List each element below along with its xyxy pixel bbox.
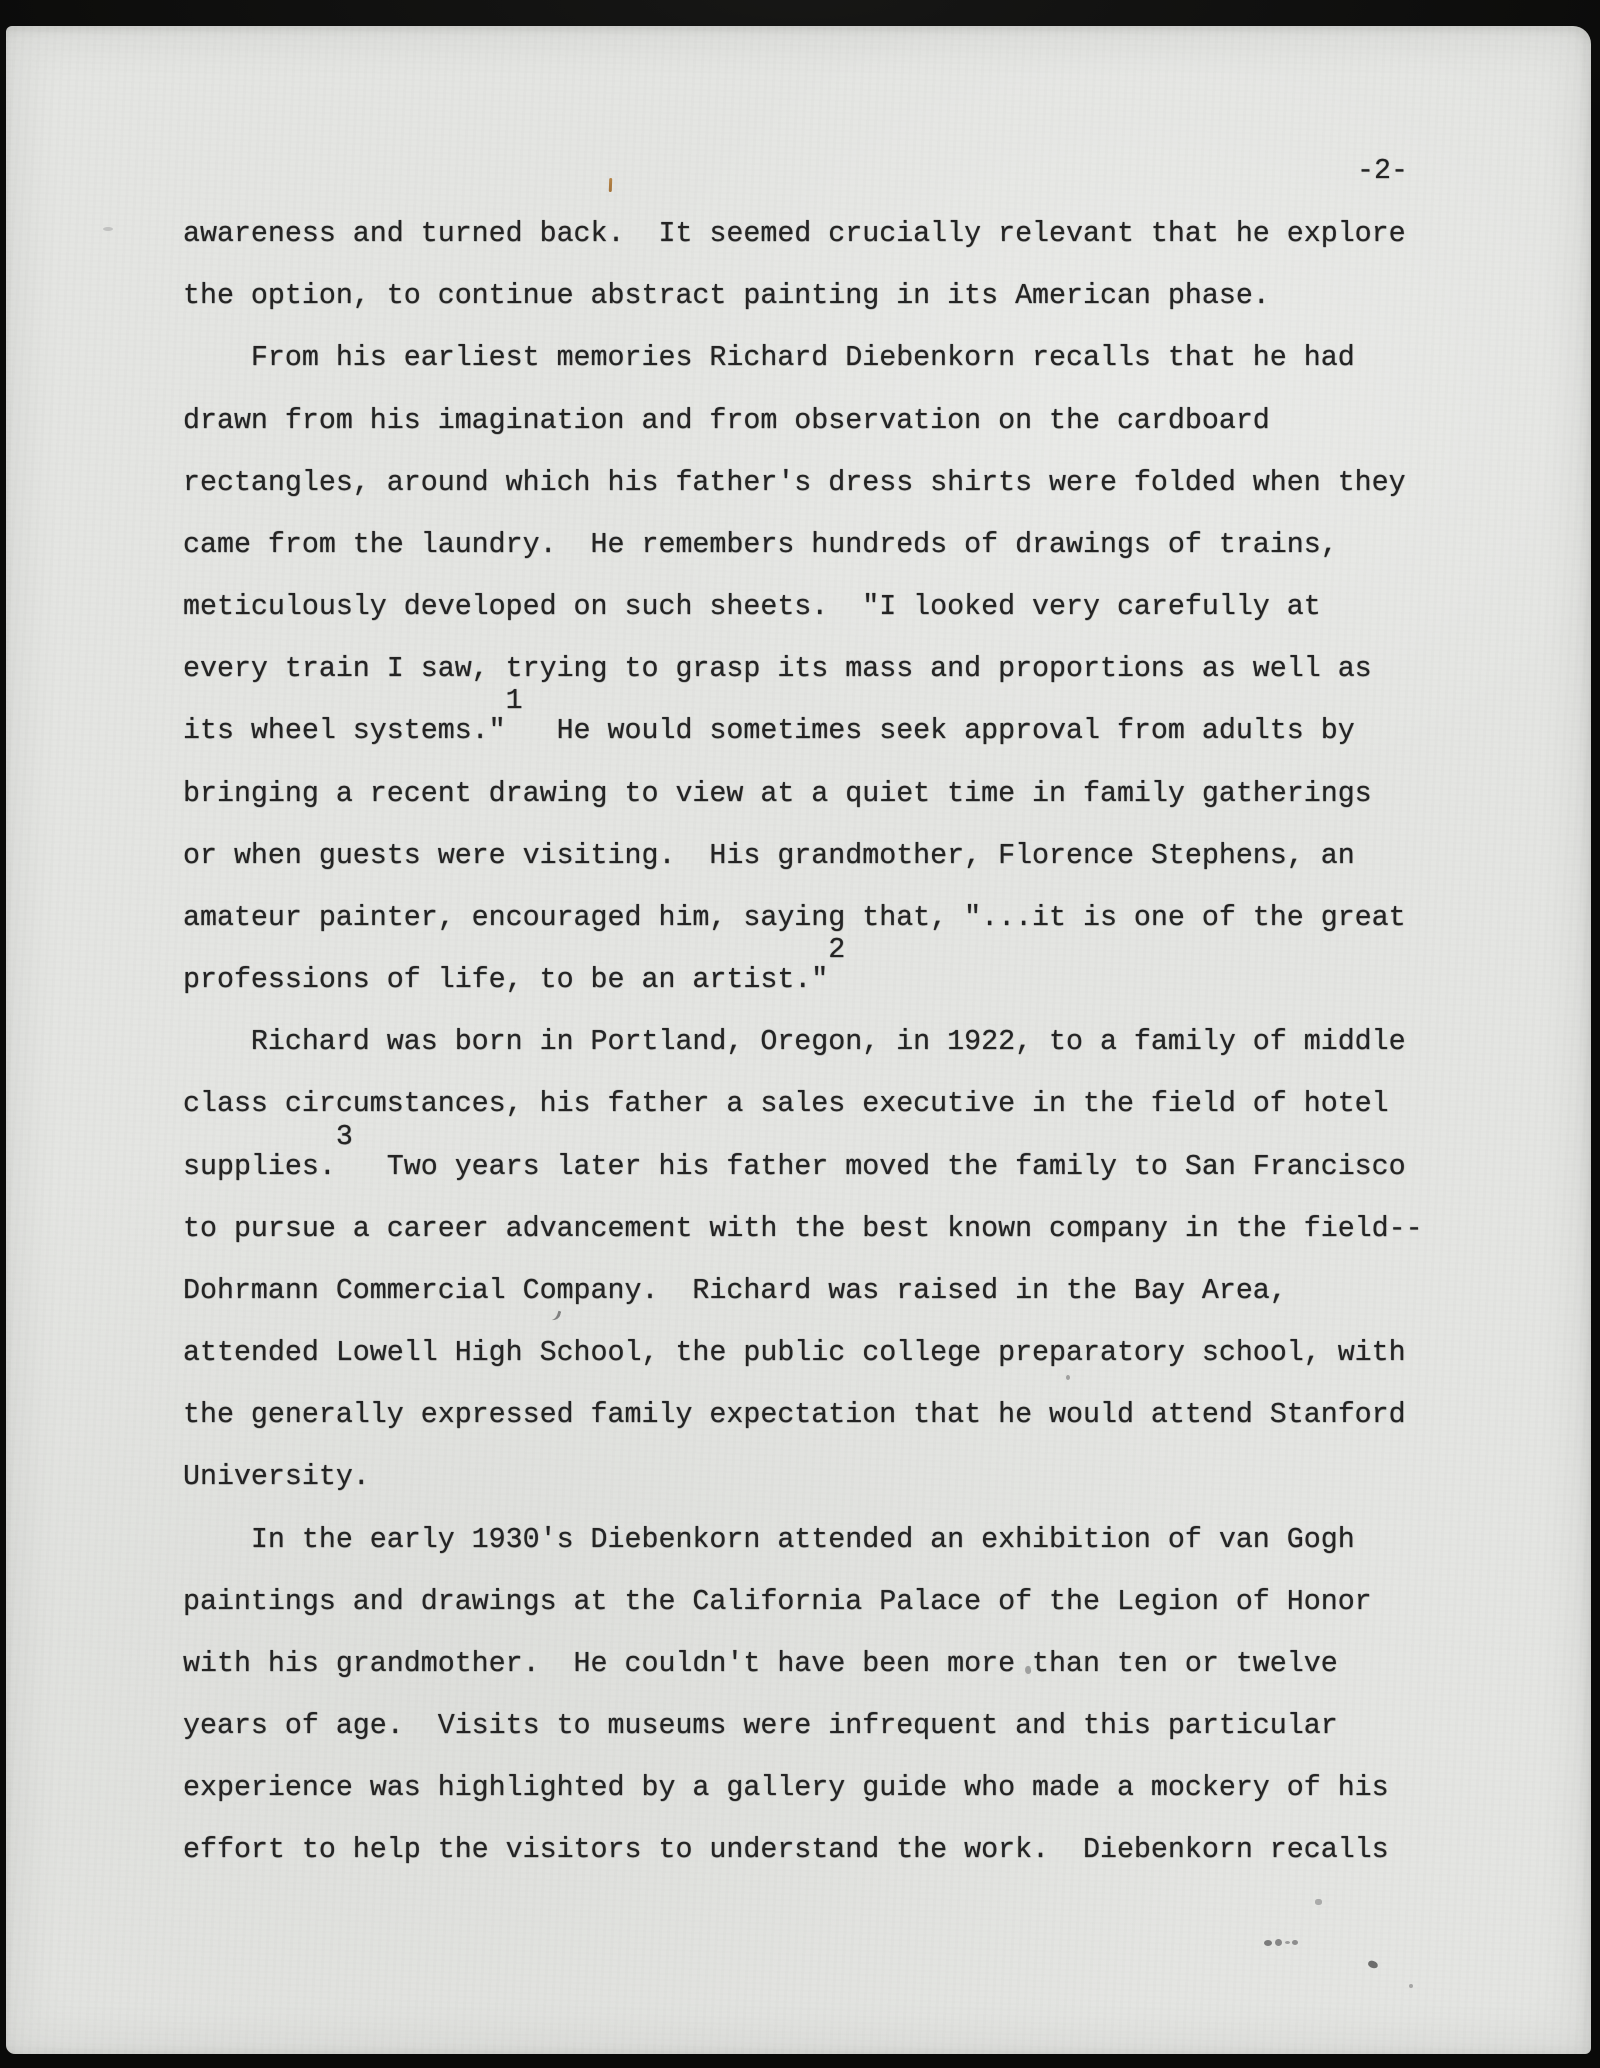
- text-line: its wheel systems." He would sometimes s…: [183, 714, 1355, 748]
- text-line: In the early 1930's Diebenkorn attended …: [183, 1523, 1355, 1557]
- scan-background: -2- awareness and turned back. It seemed…: [0, 0, 1600, 2068]
- text-line: to pursue a career advancement with the …: [183, 1212, 1423, 1246]
- text-line: came from the laundry. He remembers hund…: [183, 528, 1338, 562]
- text-line: University.: [183, 1460, 370, 1494]
- text-line: Dohrmann Commercial Company. Richard was…: [183, 1274, 1287, 1308]
- text-line: meticulously developed on such sheets. "…: [183, 590, 1321, 624]
- stray-dot-mark: [1066, 1375, 1070, 1380]
- stain-tick-mark: [609, 178, 612, 192]
- text-line: From his earliest memories Richard Diebe…: [183, 341, 1355, 375]
- text-line: with his grandmother. He couldn't have b…: [183, 1647, 1338, 1681]
- bottom-speck-cluster: [1264, 1938, 1298, 1948]
- text-line: awareness and turned back. It seemed cru…: [183, 217, 1406, 251]
- page-number: -2-: [1357, 154, 1408, 188]
- text-line: drawn from his imagination and from obse…: [183, 404, 1270, 438]
- bottom-speck: [1315, 1899, 1322, 1905]
- text-line: effort to help the visitors to understan…: [183, 1833, 1389, 1867]
- text-line: every train I saw, trying to grasp its m…: [183, 652, 1372, 686]
- text-line: rectangles, around which his father's dr…: [183, 466, 1406, 500]
- text-line: paintings and drawings at the California…: [183, 1585, 1372, 1619]
- paper-speck: [103, 227, 113, 231]
- text-line: attended Lowell High School, the public …: [183, 1336, 1406, 1370]
- text-line: the generally expressed family expectati…: [183, 1398, 1406, 1432]
- text-line: amateur painter, encouraged him, saying …: [183, 901, 1406, 935]
- footnote-superscript: 3: [183, 1120, 353, 1154]
- text-line: the option, to continue abstract paintin…: [183, 279, 1270, 313]
- text-line: class circumstances, his father a sales …: [183, 1087, 1389, 1121]
- text-line: Richard was born in Portland, Oregon, in…: [183, 1025, 1406, 1059]
- text-line: supplies. Two years later his father mov…: [183, 1150, 1406, 1184]
- text-line: experience was highlighted by a gallery …: [183, 1771, 1389, 1805]
- text-line: bringing a recent drawing to view at a q…: [183, 777, 1372, 811]
- footnote-superscript: 1: [183, 684, 523, 718]
- bottom-speck-small: [1409, 1984, 1413, 1988]
- text-line: professions of life, to be an artist.": [183, 963, 828, 997]
- footnote-superscript: 2: [183, 933, 845, 967]
- text-line: years of age. Visits to museums were inf…: [183, 1709, 1338, 1743]
- text-line: or when guests were visiting. His grandm…: [183, 839, 1355, 873]
